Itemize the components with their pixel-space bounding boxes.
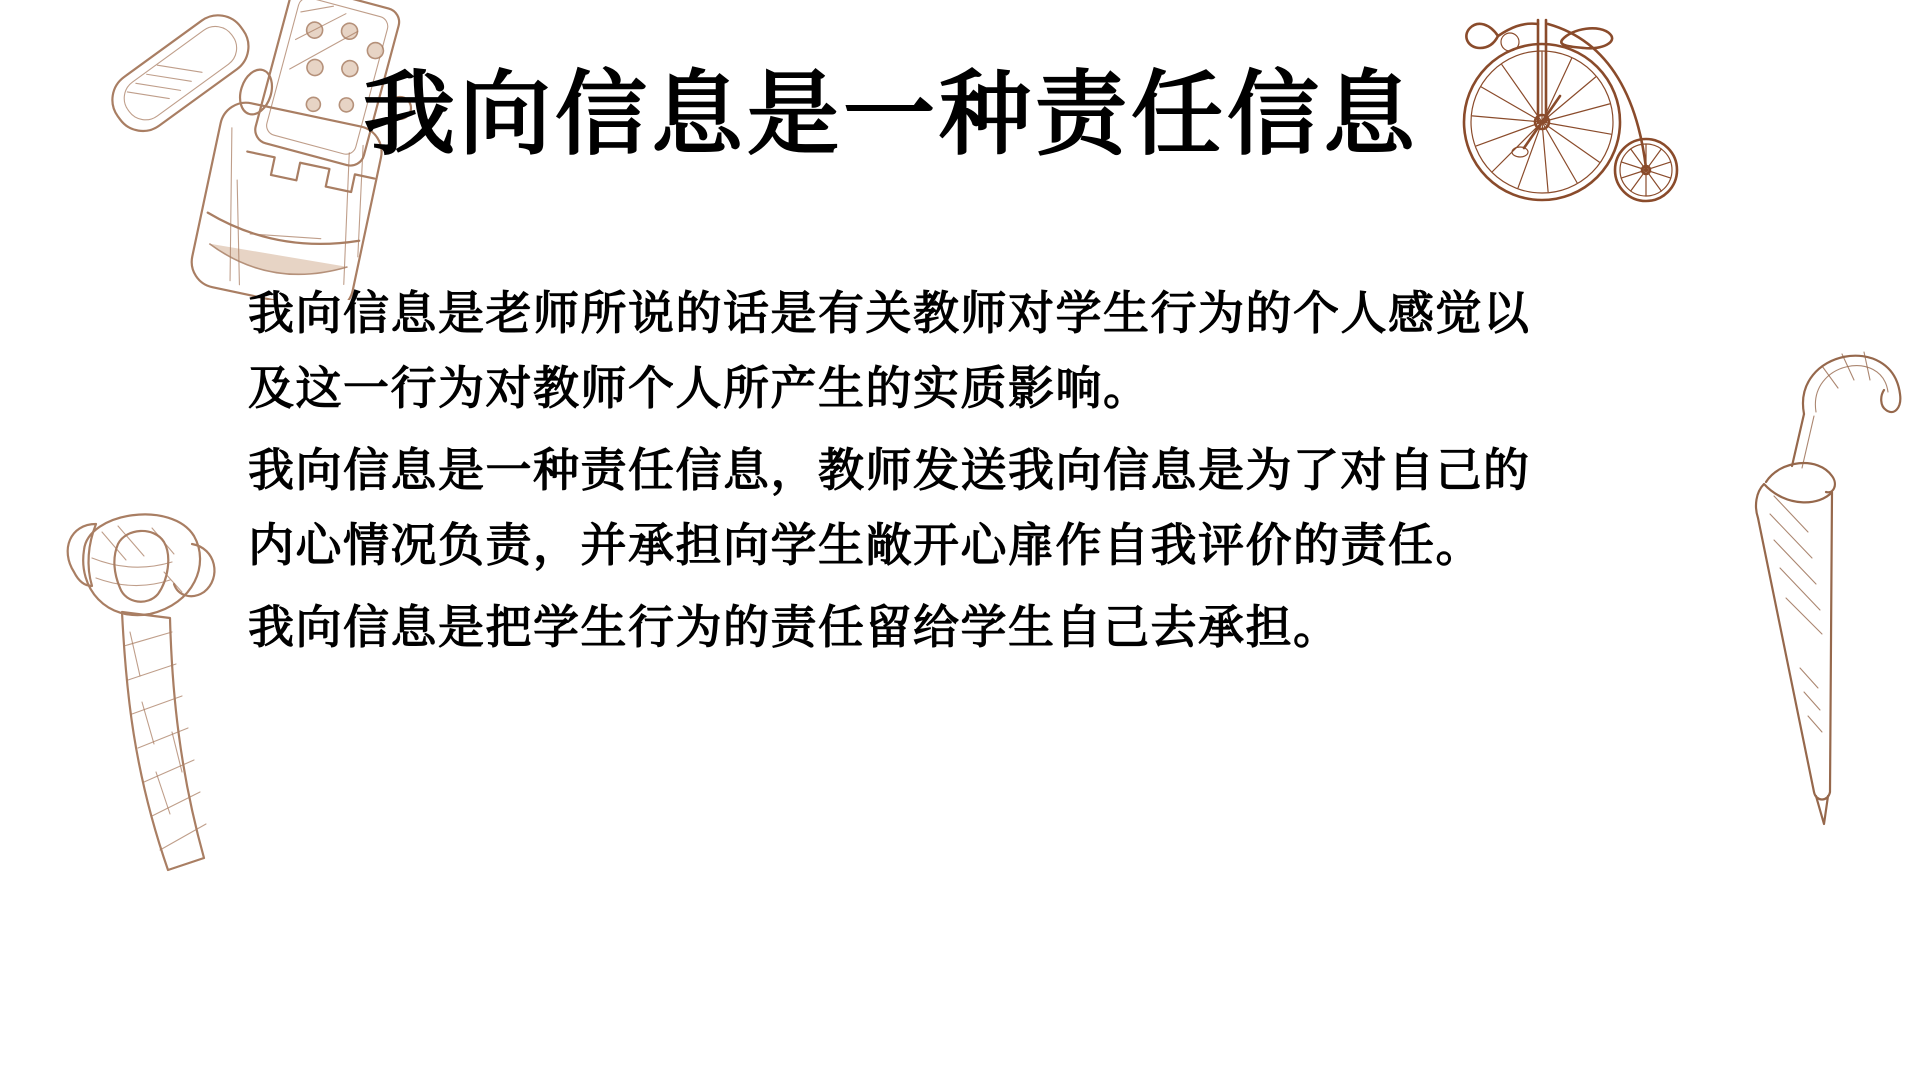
penny-farthing-bicycle-icon — [1452, 2, 1688, 206]
umbrella-sketch-icon — [1696, 296, 1920, 826]
body-paragraph-2: 我向信息是一种责任信息，教师发送我向信息是为了对自己的内心情况负责，并承担向学生… — [248, 433, 1560, 583]
body-paragraph-1: 我向信息是老师所说的话是有关教师对学生行为的个人感觉以及这一行为对教师个人所产生… — [248, 276, 1560, 426]
body-text-block: 我向信息是老师所说的话是有关教师对学生行为的个人感觉以及这一行为对教师个人所产生… — [248, 276, 1560, 672]
body-paragraph-3: 我向信息是把学生行为的责任留给学生自己去承担。 — [248, 590, 1560, 665]
presentation-slide: 我向信息是一种责任信息 — [0, 0, 1920, 1080]
slide-title: 我向信息是一种责任信息 — [363, 64, 1419, 167]
necktie-sketch-icon — [22, 432, 262, 882]
